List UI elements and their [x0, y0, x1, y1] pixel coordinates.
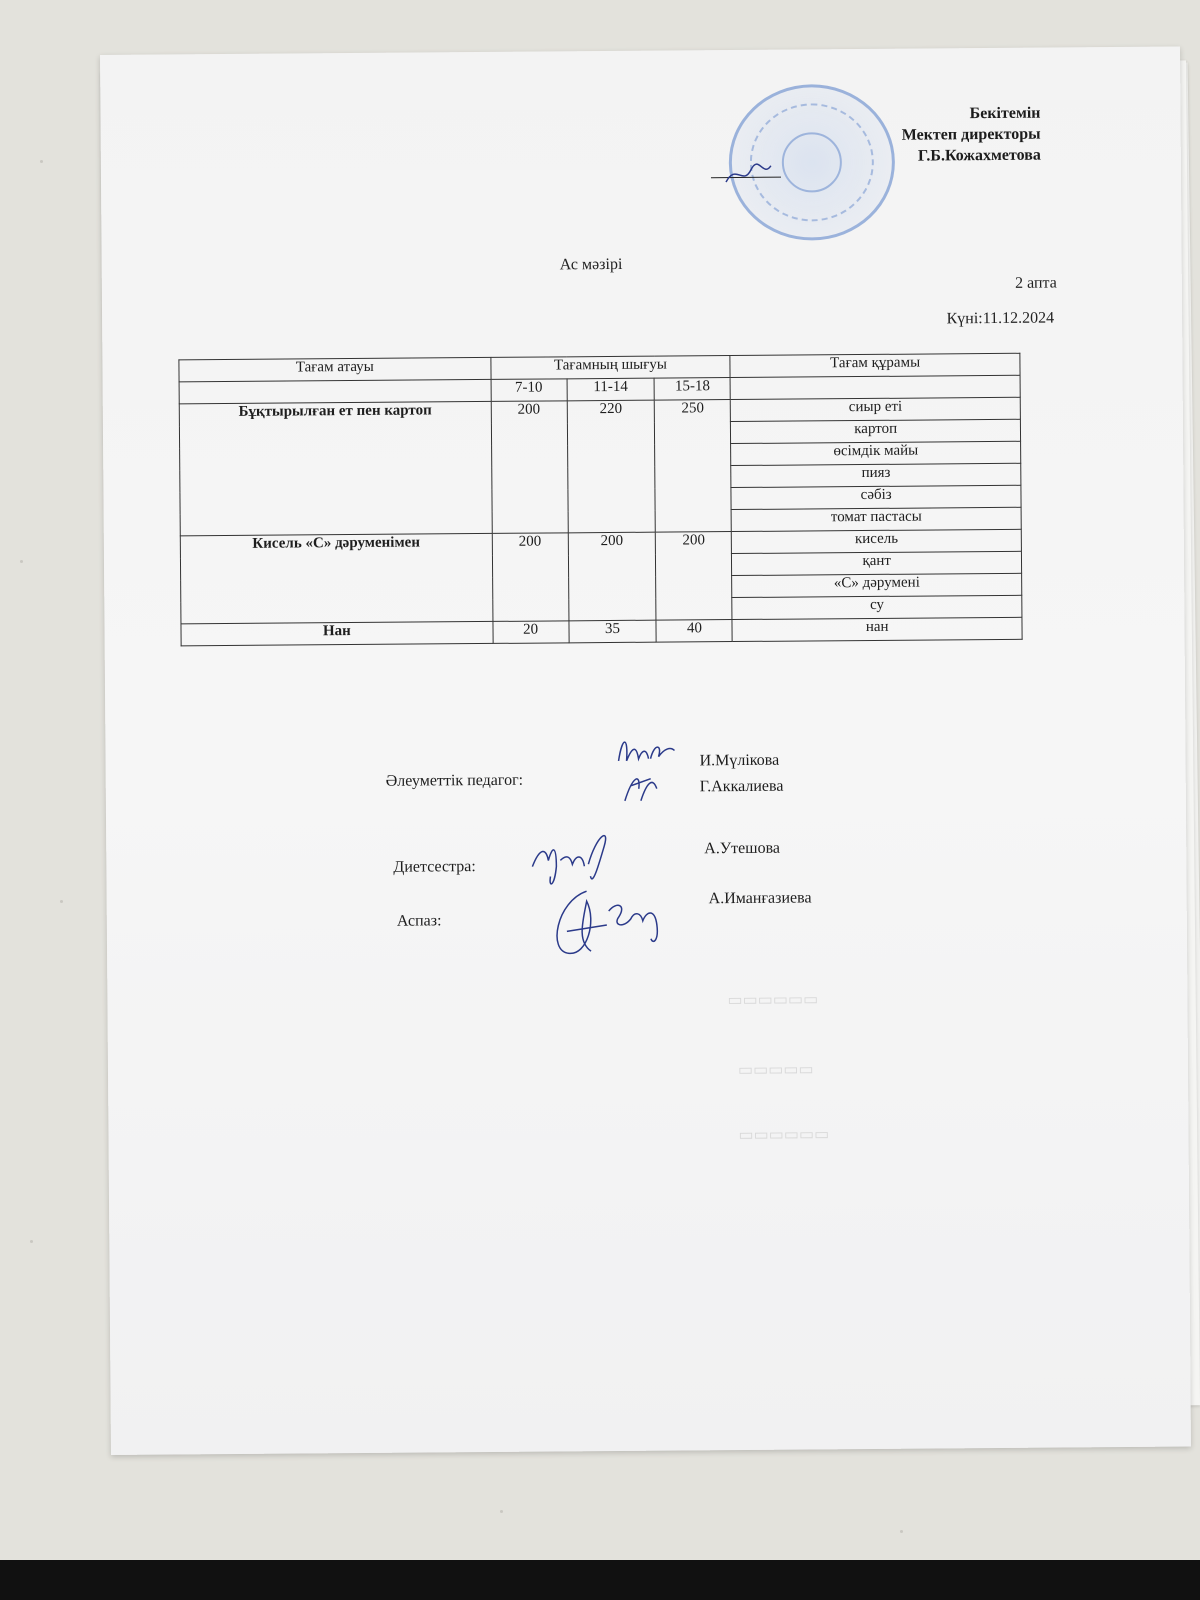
- ingredient: пияз: [731, 463, 1021, 487]
- ingredient: томат пастасы: [731, 507, 1021, 531]
- header-output: Тағамның шығуы: [491, 356, 731, 380]
- ingredient: нан: [732, 617, 1022, 641]
- desk-speck: [60, 900, 63, 903]
- show-through-text: ▭▭▭▭▭▭: [738, 1124, 829, 1145]
- desk-speck: [900, 1530, 903, 1533]
- approval-heading: Бекітемін: [901, 103, 1040, 125]
- header-dish-name: Тағам атауы: [179, 357, 491, 381]
- signer-name: И.Мүлікова: [699, 752, 779, 771]
- week-number: 2 апта: [1015, 274, 1057, 292]
- approval-director-name: Г.Б.Кожахметова: [902, 145, 1041, 167]
- portion: 250: [655, 400, 732, 533]
- age-group: 11-14: [567, 378, 655, 401]
- signature-cook: [547, 880, 688, 961]
- ingredient: «С» дәрумені: [732, 573, 1022, 597]
- director-signature: [721, 158, 781, 188]
- show-through-text: ▭▭▭▭▭▭: [727, 989, 818, 1010]
- signer-name: А.Утешова: [704, 840, 780, 859]
- ingredient: сиыр еті: [731, 397, 1021, 421]
- dish-name: Бұқтырылған ет пен картоп: [179, 401, 492, 535]
- portion: 35: [569, 620, 657, 643]
- document-page: ▭▭▭▭▭▭ ▭▭▭▭▭ ▭▭▭▭▭▭ Бекітемін Мектеп дир…: [100, 47, 1191, 1455]
- approval-block: Бекітемін Мектеп директоры Г.Б.Кожахмето…: [901, 103, 1040, 167]
- ingredient: қант: [732, 551, 1022, 575]
- signer-name: Г.Аккалиева: [700, 778, 784, 797]
- table-edge: [0, 1560, 1200, 1600]
- ingredient: өсімдік майы: [731, 441, 1021, 465]
- ingredient: картоп: [731, 419, 1021, 443]
- age-group: 7-10: [491, 379, 567, 402]
- desk-speck: [40, 160, 43, 163]
- ingredient: сәбіз: [731, 485, 1021, 509]
- approval-position: Мектеп директоры: [902, 124, 1041, 146]
- portion: 220: [567, 400, 656, 533]
- portion: 200: [492, 533, 569, 622]
- desk-speck: [500, 1510, 503, 1513]
- signature-social-pedagogue: [610, 730, 681, 811]
- show-through-text: ▭▭▭▭▭: [738, 1059, 814, 1080]
- portion: 40: [656, 620, 732, 643]
- menu-table: Тағам атауы Тағамның шығуы Тағам құрамы …: [178, 353, 1022, 647]
- ingredient: су: [732, 595, 1022, 619]
- signer-name: А.Иманғазиева: [709, 889, 812, 908]
- role-social-pedagogue: Әлеуметтік педагог:: [386, 772, 523, 791]
- desk-speck: [20, 560, 23, 563]
- empty-cell: [730, 375, 1020, 399]
- document-date: Күні:11.12.2024: [947, 310, 1055, 329]
- dish-name: Кисель «С» дәруменімен: [180, 533, 492, 623]
- role-dietitian: Диетсестра:: [393, 858, 476, 877]
- portion: 200: [568, 532, 657, 621]
- header-composition: Тағам құрамы: [730, 353, 1020, 377]
- portion: 200: [491, 401, 568, 534]
- ingredient: кисель: [732, 529, 1022, 553]
- role-cook: Аспаз:: [397, 912, 442, 930]
- dish-name: Нан: [181, 621, 493, 645]
- emblem-icon: [782, 132, 842, 192]
- age-group: 15-18: [655, 378, 731, 401]
- portion: 200: [656, 532, 733, 621]
- desk-speck: [30, 1240, 33, 1243]
- portion: 20: [493, 621, 569, 644]
- document-title: Ас мәзірі: [560, 256, 623, 274]
- empty-cell: [179, 379, 491, 403]
